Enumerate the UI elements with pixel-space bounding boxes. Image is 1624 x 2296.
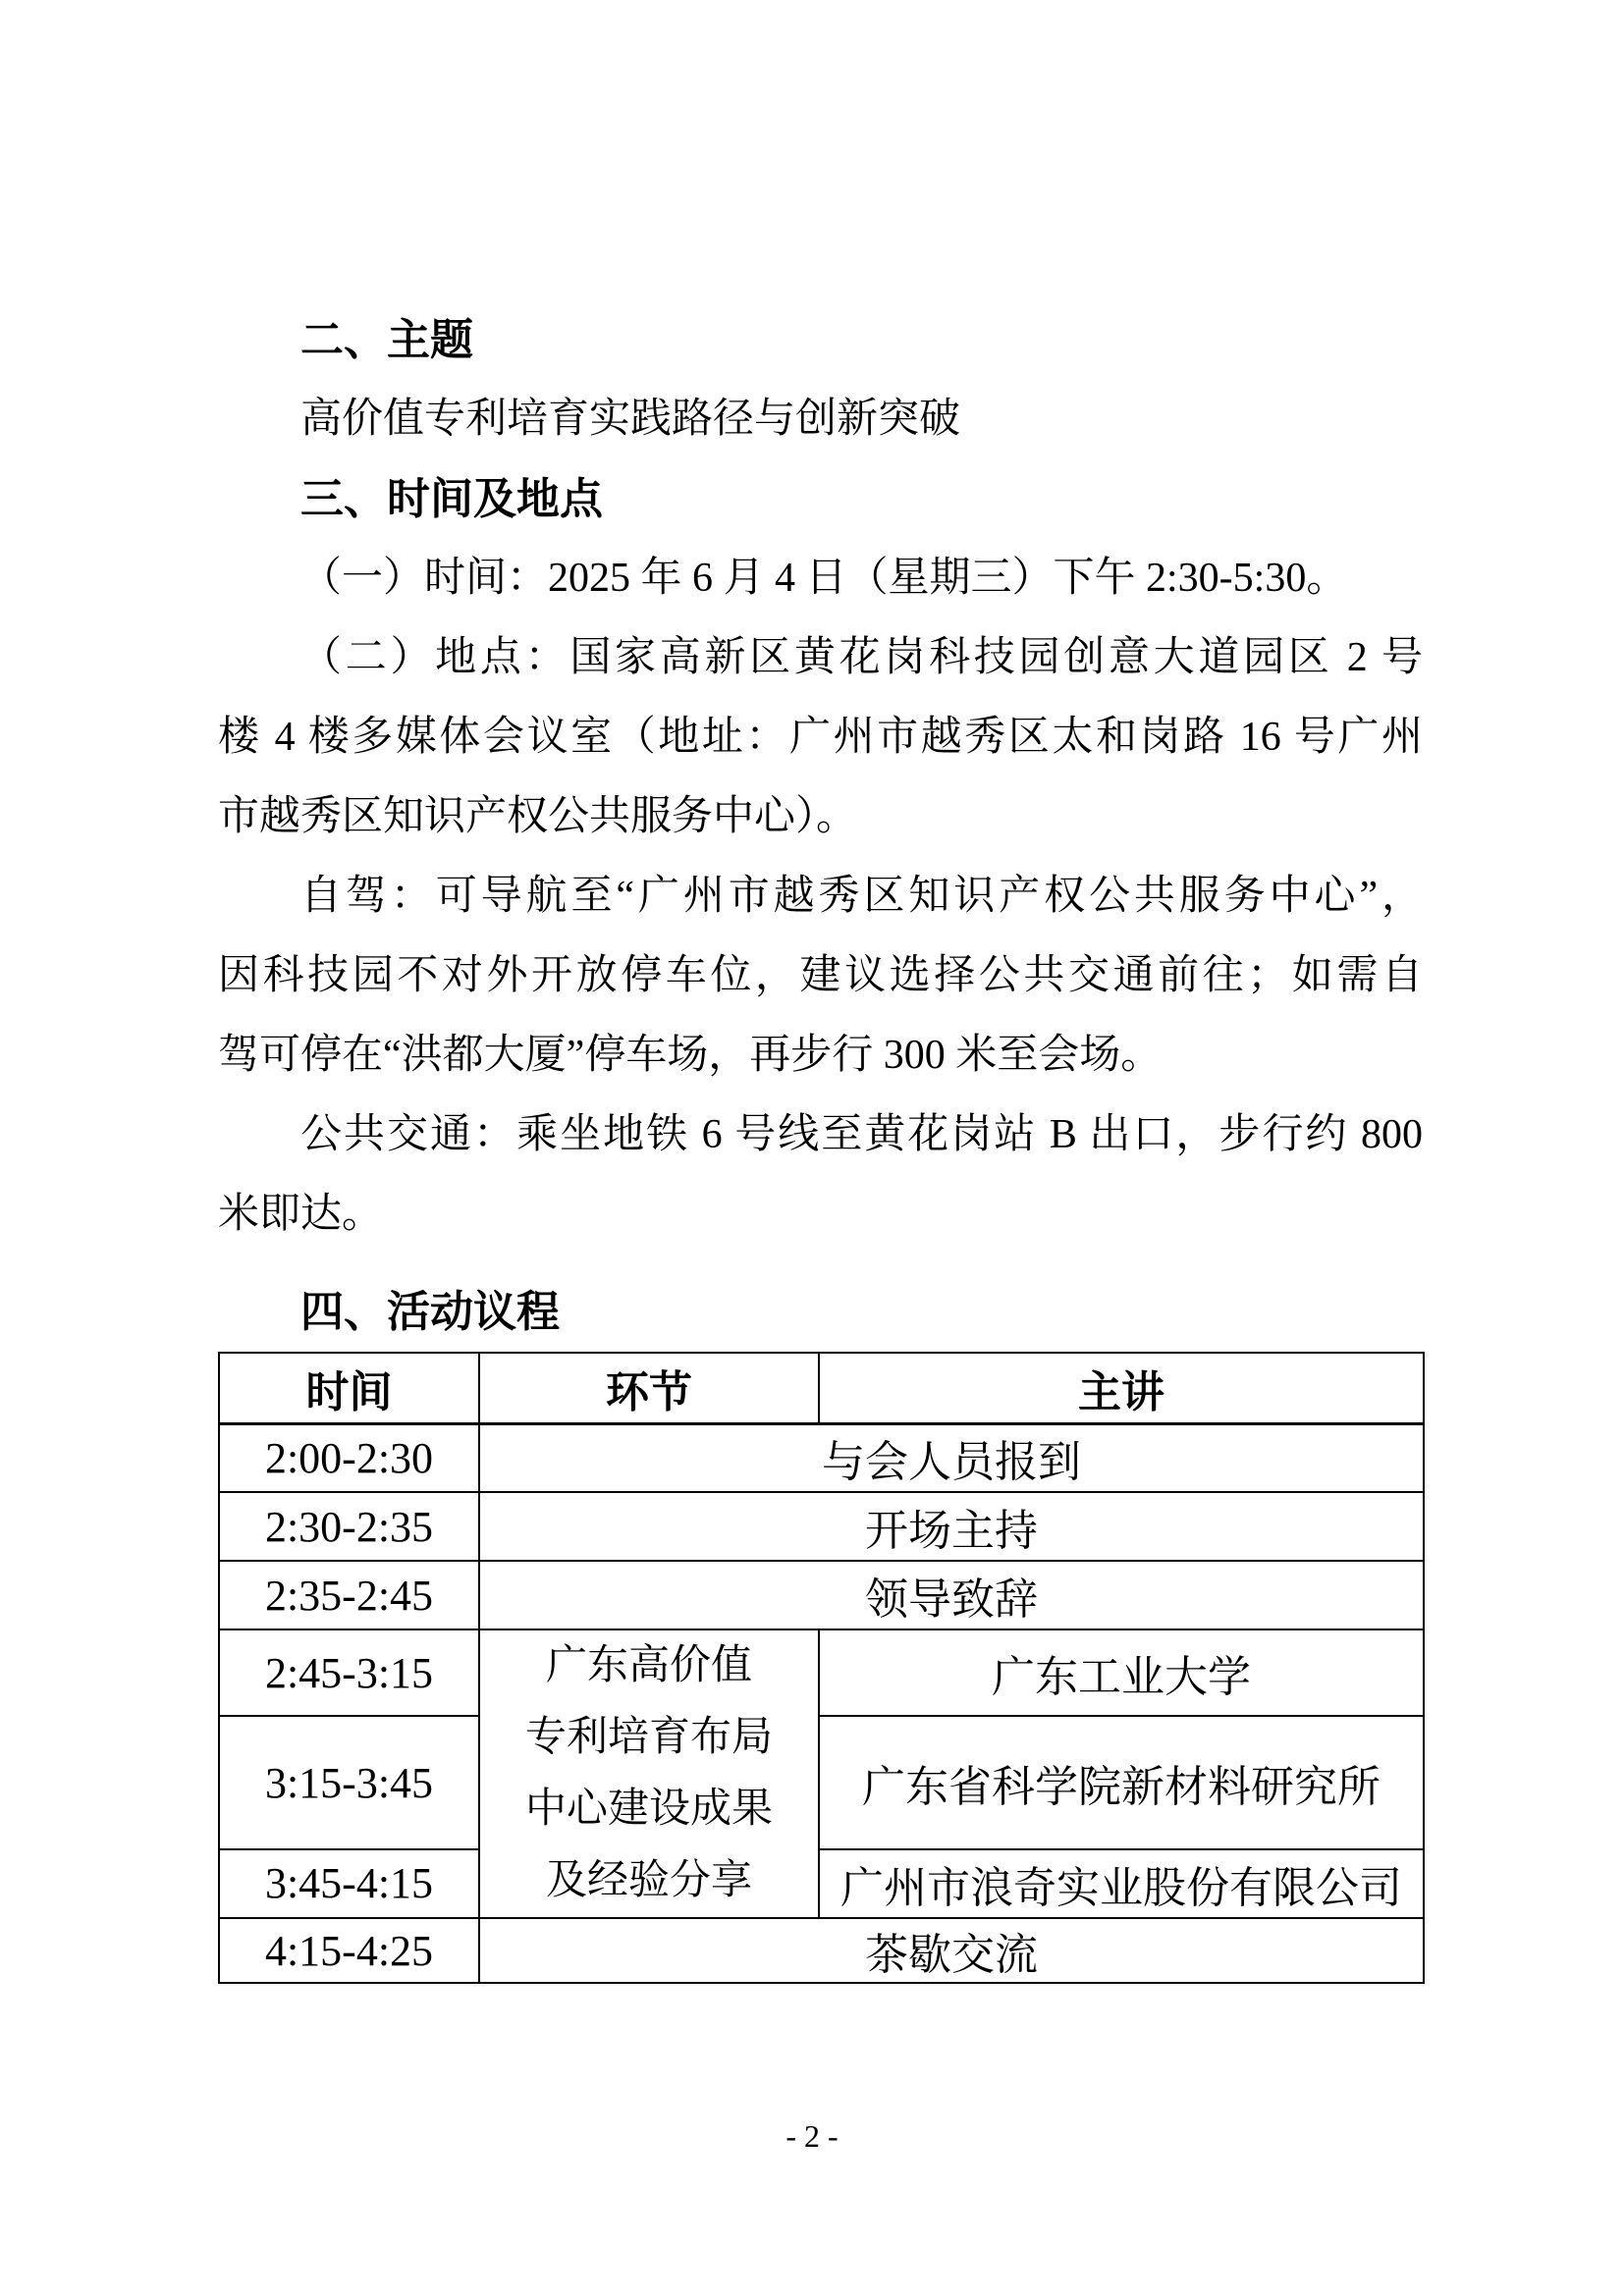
table-row: 4:15-4:25 茶歇交流 [219,1918,1424,1983]
session-line: 广东高价值 [480,1630,818,1702]
column-header-speaker: 主讲 [819,1353,1424,1423]
session-line: 专利培育布局 [480,1702,818,1774]
cell-speaker: 广东工业大学 [819,1629,1424,1716]
theme-paragraph: 高价值专利培育实践路径与创新突破 [218,380,1423,459]
cell-session-merged: 广东高价值 专利培育布局 中心建设成果 及经验分享 [479,1629,819,1918]
page-number: - 2 - [0,2118,1624,2155]
paragraph-line: 公共交通：乘坐地铁 6 号线至黄花岗站 B 出口，步行约 800 [218,1095,1423,1175]
section-heading-time-place: 三、时间及地点 [218,459,1423,539]
section-heading-agenda: 四、活动议程 [218,1272,1423,1352]
place-paragraph: （二）地点：国家高新区黄花岗科技园创意大道园区 2 号 楼 4 楼多媒体会议室（… [218,618,1423,857]
cell-time: 2:30-2:35 [219,1492,479,1561]
paragraph-line: 驾可停在“洪都大厦”停车场，再步行 300 米至会场。 [218,1016,1423,1095]
cell-speaker: 广东省科学院新材料研究所 [819,1716,1424,1848]
cell-time: 3:15-3:45 [219,1716,479,1848]
session-line: 及经验分享 [480,1845,818,1917]
table-row: 2:00-2:30 与会人员报到 [219,1423,1424,1492]
agenda-table: 时间 环节 主讲 2:00-2:30 与会人员报到 2:30-2:35 开场主持… [218,1352,1425,1984]
session-line: 中心建设成果 [480,1774,818,1845]
cell-time: 4:15-4:25 [219,1918,479,1983]
paragraph-line: 米即达。 [218,1175,1423,1255]
time-paragraph: （一）时间：2025 年 6 月 4 日（星期三）下午 2:30-5:30。 [218,539,1423,618]
table-row: 2:30-2:35 开场主持 [219,1492,1424,1561]
cell-time: 3:45-4:15 [219,1849,479,1918]
cell-speaker: 广州市浪奇实业股份有限公司 [819,1849,1424,1918]
paragraph-line: 高价值专利培育实践路径与创新突破 [218,380,1423,459]
cell-activity: 开场主持 [479,1492,1424,1561]
table-row: 3:15-3:45 广东省科学院新材料研究所 [219,1716,1424,1848]
paragraph-line: 市越秀区知识产权公共服务中心）。 [218,777,1423,857]
drive-paragraph: 自驾：可导航至“广州市越秀区知识产权公共服务中心”， 因科技园不对外开放停车位，… [218,857,1423,1095]
cell-time: 2:45-3:15 [219,1629,479,1716]
paragraph-line: （二）地点：国家高新区黄花岗科技园创意大道园区 2 号 [218,618,1423,698]
cell-time: 2:00-2:30 [219,1423,479,1492]
document-page: 二、主题 高价值专利培育实践路径与创新突破 三、时间及地点 （一）时间：2025… [0,0,1624,2296]
transit-paragraph: 公共交通：乘坐地铁 6 号线至黄花岗站 B 出口，步行约 800 米即达。 [218,1095,1423,1255]
section-heading-theme: 二、主题 [218,300,1423,380]
table-row: 3:45-4:15 广州市浪奇实业股份有限公司 [219,1849,1424,1918]
document-body: 二、主题 高价值专利培育实践路径与创新突破 三、时间及地点 （一）时间：2025… [218,0,1423,1984]
column-header-time: 时间 [219,1353,479,1423]
table-header-row: 时间 环节 主讲 [219,1353,1424,1423]
cell-time: 2:35-2:45 [219,1561,479,1629]
cell-activity: 与会人员报到 [479,1423,1424,1492]
paragraph-line: 楼 4 楼多媒体会议室（地址：广州市越秀区太和岗路 16 号广州 [218,698,1423,777]
paragraph-line: 因科技园不对外开放停车位，建议选择公共交通前往；如需自 [218,936,1423,1016]
paragraph-line: （一）时间：2025 年 6 月 4 日（星期三）下午 2:30-5:30。 [218,539,1423,618]
table-row: 2:45-3:15 广东高价值 专利培育布局 中心建设成果 及经验分享 广东工业… [219,1629,1424,1716]
paragraph-line: 自驾：可导航至“广州市越秀区知识产权公共服务中心”， [218,857,1423,936]
cell-activity: 茶歇交流 [479,1918,1424,1983]
table-row: 2:35-2:45 领导致辞 [219,1561,1424,1629]
cell-activity: 领导致辞 [479,1561,1424,1629]
column-header-session: 环节 [479,1353,819,1423]
